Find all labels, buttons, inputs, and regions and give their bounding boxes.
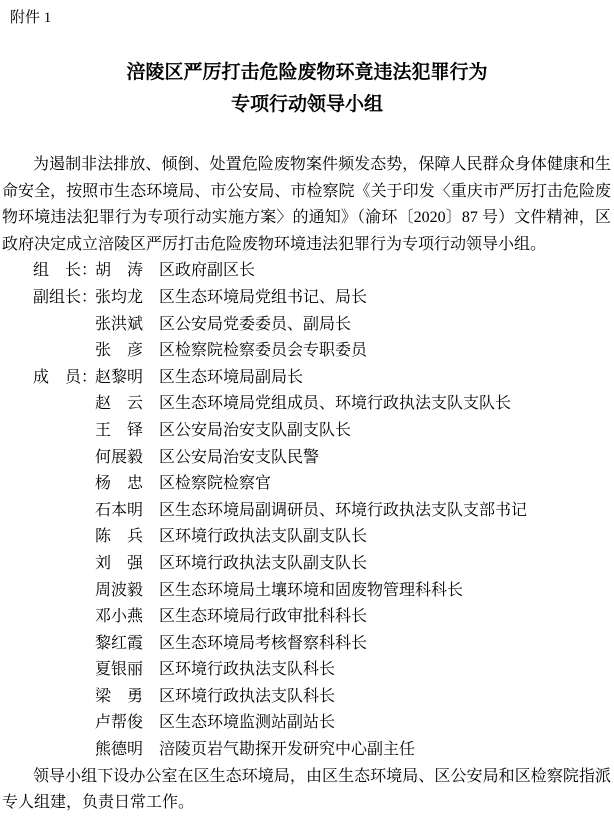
document-title-line1: 涪陵区严厉打击危险废物环竟违法犯罪行为 — [0, 57, 614, 89]
roster-label: 组长 — [33, 258, 81, 285]
roster-row: 组长：胡涛区政府副区长 — [33, 258, 611, 285]
roster-row: 熊德明涪陵页岩气勘探开发研究中心副主任 — [33, 737, 611, 764]
roster-row: 周波毅区生态环境局土壤环境和固废物管理科科长 — [33, 578, 611, 605]
roster-label: 副组长 — [33, 285, 81, 312]
roster-role: 区环境行政执法支队科长 — [159, 684, 335, 711]
roster-role: 区生态环境局行政审批科科长 — [159, 604, 367, 631]
roster-row: 梁勇区环境行政执法支队科长 — [33, 684, 611, 711]
roster-name: 何展毅 — [95, 445, 143, 472]
roster-row: 夏银丽区环境行政执法支队科长 — [33, 657, 611, 684]
roster-row: 卢帮俊区生态环境监测站副站长 — [33, 710, 611, 737]
roster-role: 区生态环境局土壤环境和固废物管理科科长 — [159, 578, 463, 605]
roster-name: 张洪斌 — [95, 312, 143, 339]
roster-role: 区生态环境局考核督察科科长 — [159, 631, 367, 658]
roster-role: 区环境行政执法支队副支队长 — [159, 551, 367, 578]
roster-name: 王铎 — [95, 418, 143, 445]
roster-role: 区生态环境局副局长 — [159, 365, 303, 392]
roster-row: 陈兵区环境行政执法支队副支队长 — [33, 524, 611, 551]
intro-paragraph: 为遏制非法排放、倾倒、处置危险废物案件频发态势，保障人民群众身体健康和生命安全，… — [2, 152, 611, 258]
roster-name: 黎红霞 — [95, 631, 143, 658]
roster-role: 区环境行政执法支队副支队长 — [159, 524, 367, 551]
roster-colon: ： — [81, 285, 95, 312]
roster-name: 张均龙 — [95, 285, 143, 312]
leading-group-roster: 组长：胡涛区政府副区长 副组长：张均龙区生态环境局党组书记、局长 张洪斌区公安局… — [2, 258, 611, 763]
roster-role: 区公安局治安支队民警 — [159, 445, 319, 472]
roster-role: 涪陵页岩气勘探开发研究中心副主任 — [159, 737, 415, 764]
roster-row: 黎红霞区生态环境局考核督察科科长 — [33, 631, 611, 658]
roster-row: 邓小燕区生态环境局行政审批科科长 — [33, 604, 611, 631]
roster-row: 成员：赵黎明区生态环境局副局长 — [33, 365, 611, 392]
roster-name: 卢帮俊 — [95, 710, 143, 737]
roster-role: 区公安局党委委员、副局长 — [159, 312, 351, 339]
roster-row: 杨忠区检察院检察官 — [33, 471, 611, 498]
attachment-label: 附件 1 — [10, 8, 614, 29]
roster-row: 王铎区公安局治安支队副支队长 — [33, 418, 611, 445]
roster-role: 区检察院检察委员会专职委员 — [159, 338, 367, 365]
roster-row: 副组长：张均龙区生态环境局党组书记、局长 — [33, 285, 611, 312]
document-title-line2: 专项行动领导小组 — [0, 89, 614, 121]
roster-row: 石本明区生态环境局副调研员、环境行政执法支队支部书记 — [33, 498, 611, 525]
document-page: 附件 1 涪陵区严厉打击危险废物环竟违法犯罪行为 专项行动领导小组 为遏制非法排… — [0, 0, 614, 821]
roster-role: 区生态环境局副调研员、环境行政执法支队支部书记 — [159, 498, 527, 525]
closing-paragraph: 领导小组下设办公室在区生态环境局，由区生态环境局、区公安局和区检察院指派专人组建… — [2, 764, 611, 817]
document-body: 为遏制非法排放、倾倒、处置危险废物案件频发态势，保障人民群众身体健康和生命安全，… — [0, 152, 614, 817]
roster-colon: ： — [81, 365, 95, 392]
roster-name: 刘强 — [95, 551, 143, 578]
roster-role: 区生态环境监测站副站长 — [159, 710, 335, 737]
roster-row: 何展毅区公安局治安支队民警 — [33, 445, 611, 472]
roster-name: 石本明 — [95, 498, 143, 525]
roster-name: 赵黎明 — [95, 365, 143, 392]
roster-label: 成员 — [33, 365, 81, 392]
roster-name: 赵云 — [95, 391, 143, 418]
roster-role: 区生态环境局党组书记、局长 — [159, 285, 367, 312]
roster-name: 杨忠 — [95, 471, 143, 498]
roster-role: 区政府副区长 — [159, 258, 255, 285]
roster-name: 梁勇 — [95, 684, 143, 711]
roster-row: 张洪斌区公安局党委委员、副局长 — [33, 312, 611, 339]
roster-name: 胡涛 — [95, 258, 143, 285]
roster-name: 陈兵 — [95, 524, 143, 551]
roster-role: 区环境行政执法支队科长 — [159, 657, 335, 684]
roster-row: 刘强区环境行政执法支队副支队长 — [33, 551, 611, 578]
roster-row: 张彦区检察院检察委员会专职委员 — [33, 338, 611, 365]
roster-role: 区生态环境局党组成员、环境行政执法支队支队长 — [159, 391, 511, 418]
document-title: 涪陵区严厉打击危险废物环竟违法犯罪行为 专项行动领导小组 — [0, 57, 614, 121]
roster-role: 区公安局治安支队副支队长 — [159, 418, 351, 445]
roster-colon: ： — [81, 258, 95, 285]
roster-name: 熊德明 — [95, 737, 143, 764]
roster-name: 周波毅 — [95, 578, 143, 605]
roster-name: 夏银丽 — [95, 657, 143, 684]
roster-row: 赵云区生态环境局党组成员、环境行政执法支队支队长 — [33, 391, 611, 418]
roster-name: 邓小燕 — [95, 604, 143, 631]
roster-name: 张彦 — [95, 338, 143, 365]
roster-role: 区检察院检察官 — [159, 471, 271, 498]
